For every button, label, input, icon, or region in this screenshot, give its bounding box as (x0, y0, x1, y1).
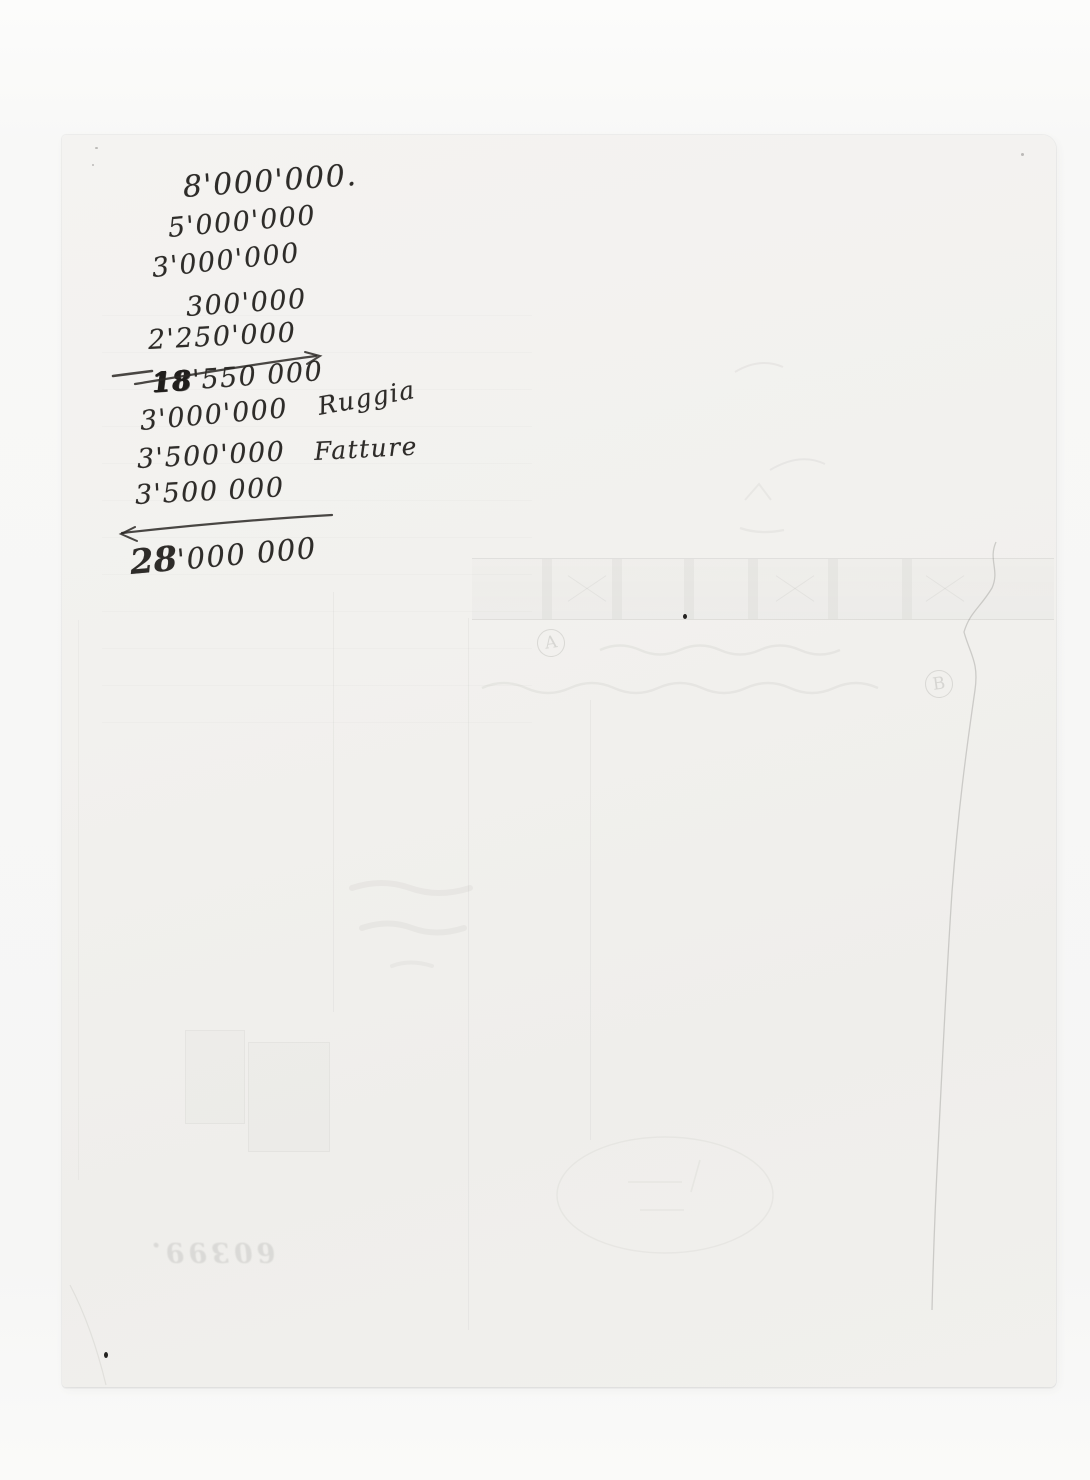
ink-speck (683, 614, 687, 619)
showthrough-titleblock (248, 1042, 330, 1152)
showthrough-post (542, 559, 552, 619)
stamp-number: 60399. (146, 1236, 277, 1267)
scan-photo: 8'000'000. 5'000'000 3'000'000 300'000 2… (0, 0, 1090, 1480)
dust-speck (1021, 153, 1024, 156)
showthrough-post (612, 559, 622, 619)
label-fatture: Fatture (313, 432, 418, 466)
showthrough-post (684, 559, 694, 619)
showthrough-titleblock (185, 1030, 245, 1124)
dust-speck (95, 147, 98, 149)
dust-speck (92, 164, 94, 166)
showthrough-beam-band (472, 558, 1054, 620)
showthrough-post (828, 559, 838, 619)
showthrough-vertical-line (590, 700, 591, 1140)
showthrough-post (902, 559, 912, 619)
showthrough-vertical-line (468, 618, 469, 1330)
showthrough-cross-brace (564, 569, 610, 607)
showthrough-cross-brace (772, 569, 818, 607)
total-flourish-digits: 28 (128, 539, 179, 583)
showthrough-vertical-line (333, 592, 334, 1012)
sheet-edge-crease (78, 620, 79, 1180)
showthrough-post (748, 559, 758, 619)
showthrough-cross-brace (922, 569, 968, 607)
ink-speck (104, 1352, 108, 1358)
subtotal-blotted-digits: 18 (151, 365, 194, 399)
